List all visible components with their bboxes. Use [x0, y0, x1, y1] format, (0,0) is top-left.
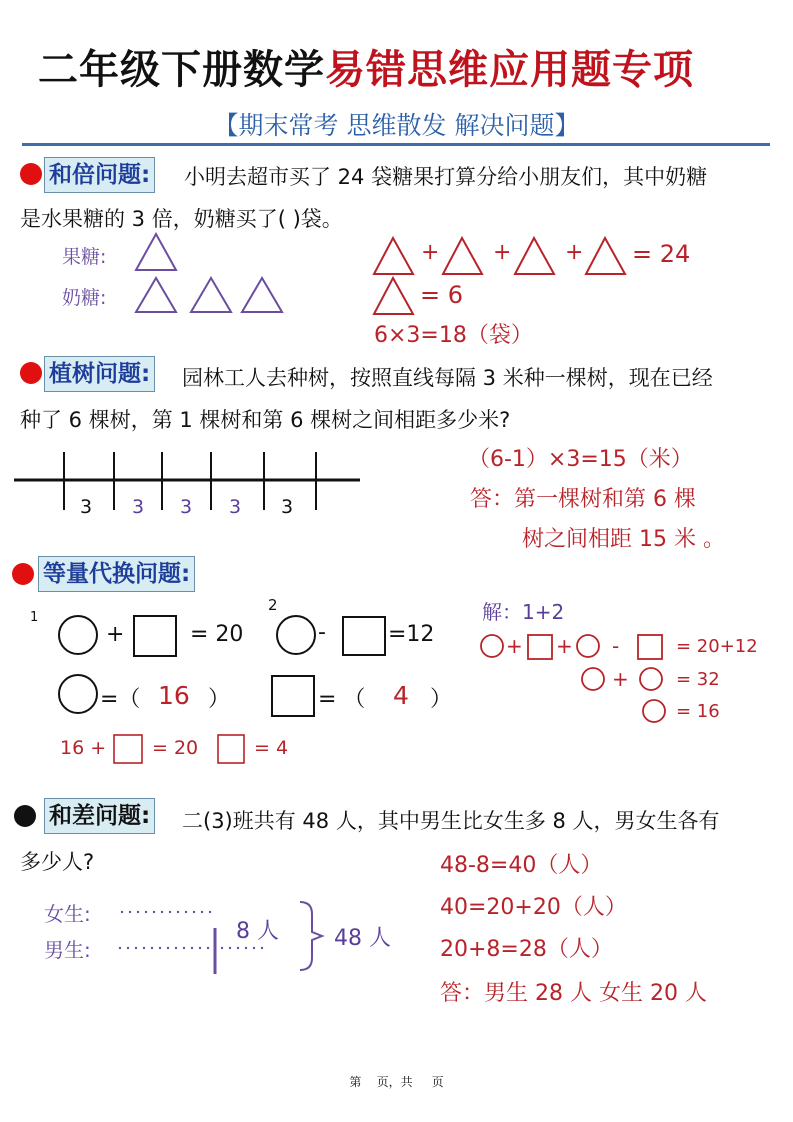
- solution-result: = 16: [676, 701, 720, 722]
- solution-line: 20+8=28（人）: [440, 932, 613, 963]
- close-paren: ）: [430, 682, 452, 713]
- solution-answer: 答：男生 28 人 女生 20 人: [440, 976, 707, 1007]
- gap-label: 3: [229, 496, 241, 518]
- gap-label: 3: [281, 496, 293, 518]
- triangle-icon: [191, 278, 231, 312]
- label-milk-candy: 奶糖:: [62, 283, 106, 310]
- difference-label: 8 人: [236, 914, 279, 945]
- plus-sign: +: [612, 667, 629, 691]
- line-segment-diagram: [110, 890, 310, 980]
- triangle-icon: [136, 278, 176, 312]
- label-boys: 男生:: [44, 934, 91, 963]
- plus-sign: +: [565, 240, 583, 265]
- page-subtitle: 【期末常考 思维散发 解决问题】: [0, 106, 793, 142]
- square-icon: [272, 676, 314, 716]
- triangle-icon: [136, 234, 176, 270]
- square-icon: [343, 617, 385, 655]
- bullet-icon: [20, 362, 42, 384]
- title-black: 二年级下册数学: [38, 47, 325, 93]
- solution-title: 解：1+2: [482, 596, 564, 625]
- solution-line: 树之间相距 15 米 。: [522, 522, 725, 553]
- solution-line: 48-8=40（人）: [440, 848, 602, 879]
- square-icon: [134, 616, 176, 656]
- section-tag-tree-planting: 植树问题:: [44, 356, 155, 392]
- section-tag-substitution: 等量代换问题:: [38, 556, 195, 592]
- square-answer: 4: [393, 681, 409, 710]
- gap-label: 3: [132, 496, 144, 518]
- gap-label: 3: [180, 496, 192, 518]
- check-equation: = 4: [254, 737, 288, 759]
- solution-line: 答：第一棵树和第 6 棵: [470, 482, 696, 513]
- square-equation: = （: [318, 682, 365, 713]
- equation-result: = 20: [190, 622, 243, 647]
- equation-result: = 24: [632, 240, 690, 268]
- circle-icon: [59, 675, 97, 713]
- equation-index: 1: [30, 610, 38, 625]
- question-text: 种了 6 棵树，第 1 棵树和第 6 棵树之间相距多少米?: [20, 404, 510, 434]
- plus-sign: +: [556, 634, 573, 658]
- check-equation: = 20: [152, 737, 198, 759]
- plus-sign: +: [493, 240, 511, 265]
- check-equation: 16 +: [60, 737, 106, 759]
- section-tag-sum-multiple: 和倍问题:: [44, 157, 155, 193]
- equation-answer: 6×3=18（袋）: [374, 318, 533, 349]
- square-icon: [114, 735, 142, 763]
- girls-dotted-line: [121, 911, 211, 913]
- circle-icon: [59, 616, 97, 654]
- plus-sign: +: [106, 622, 124, 647]
- solution-result: = 32: [676, 669, 720, 690]
- section-tag-sum-difference: 和差问题:: [44, 798, 155, 834]
- circle-equation: =（: [100, 682, 140, 713]
- equation-result: = 6: [420, 281, 463, 309]
- solution-line: 40=20+20（人）: [440, 890, 627, 921]
- page-footer: 第 页，共 页: [0, 1073, 793, 1090]
- triangle-icon: [242, 278, 282, 312]
- question-text: 多少人?: [20, 846, 94, 876]
- gap-label: 3: [80, 496, 92, 518]
- circle-answer: 16: [158, 681, 190, 710]
- minus-sign: -: [612, 634, 619, 658]
- label-girls: 女生:: [44, 898, 91, 927]
- bullet-icon: [20, 163, 42, 185]
- question-text: 是水果糖的 3 倍，奶糖买了( )袋。: [20, 203, 343, 233]
- question-text: 园林工人去种树，按照直线每隔 3 米种一棵树，现在已经: [182, 362, 713, 392]
- bullet-icon: [12, 563, 34, 585]
- bullet-icon: [14, 805, 36, 827]
- solution-result: = 20+12: [676, 636, 758, 657]
- triangle-diagram: [134, 232, 294, 322]
- question-text: 二(3)班共有 48 人，其中男生比女生多 8 人，男女生各有: [182, 805, 720, 835]
- boys-dotted-line: [119, 947, 263, 949]
- plus-sign: +: [506, 634, 523, 658]
- plus-sign: +: [421, 240, 439, 265]
- header-divider: [22, 143, 770, 146]
- minus-sign: -: [318, 620, 326, 645]
- circle-icon: [277, 616, 315, 654]
- question-text: 小明去超市买了 24 袋糖果打算分给小朋友们，其中奶糖: [184, 161, 707, 191]
- equation-result: =12: [388, 622, 434, 647]
- solution-line: （6-1）×3=15（米）: [468, 442, 693, 473]
- page-title: 二年级下册数学易错思维应用题专项: [38, 38, 694, 95]
- square-icon: [218, 735, 244, 763]
- total-label: 48 人: [334, 921, 391, 952]
- label-fruit-candy: 果糖:: [62, 242, 106, 269]
- title-red: 易错思维应用题专项: [325, 47, 694, 93]
- brace-icon: [300, 902, 322, 970]
- close-paren: ）: [208, 682, 230, 713]
